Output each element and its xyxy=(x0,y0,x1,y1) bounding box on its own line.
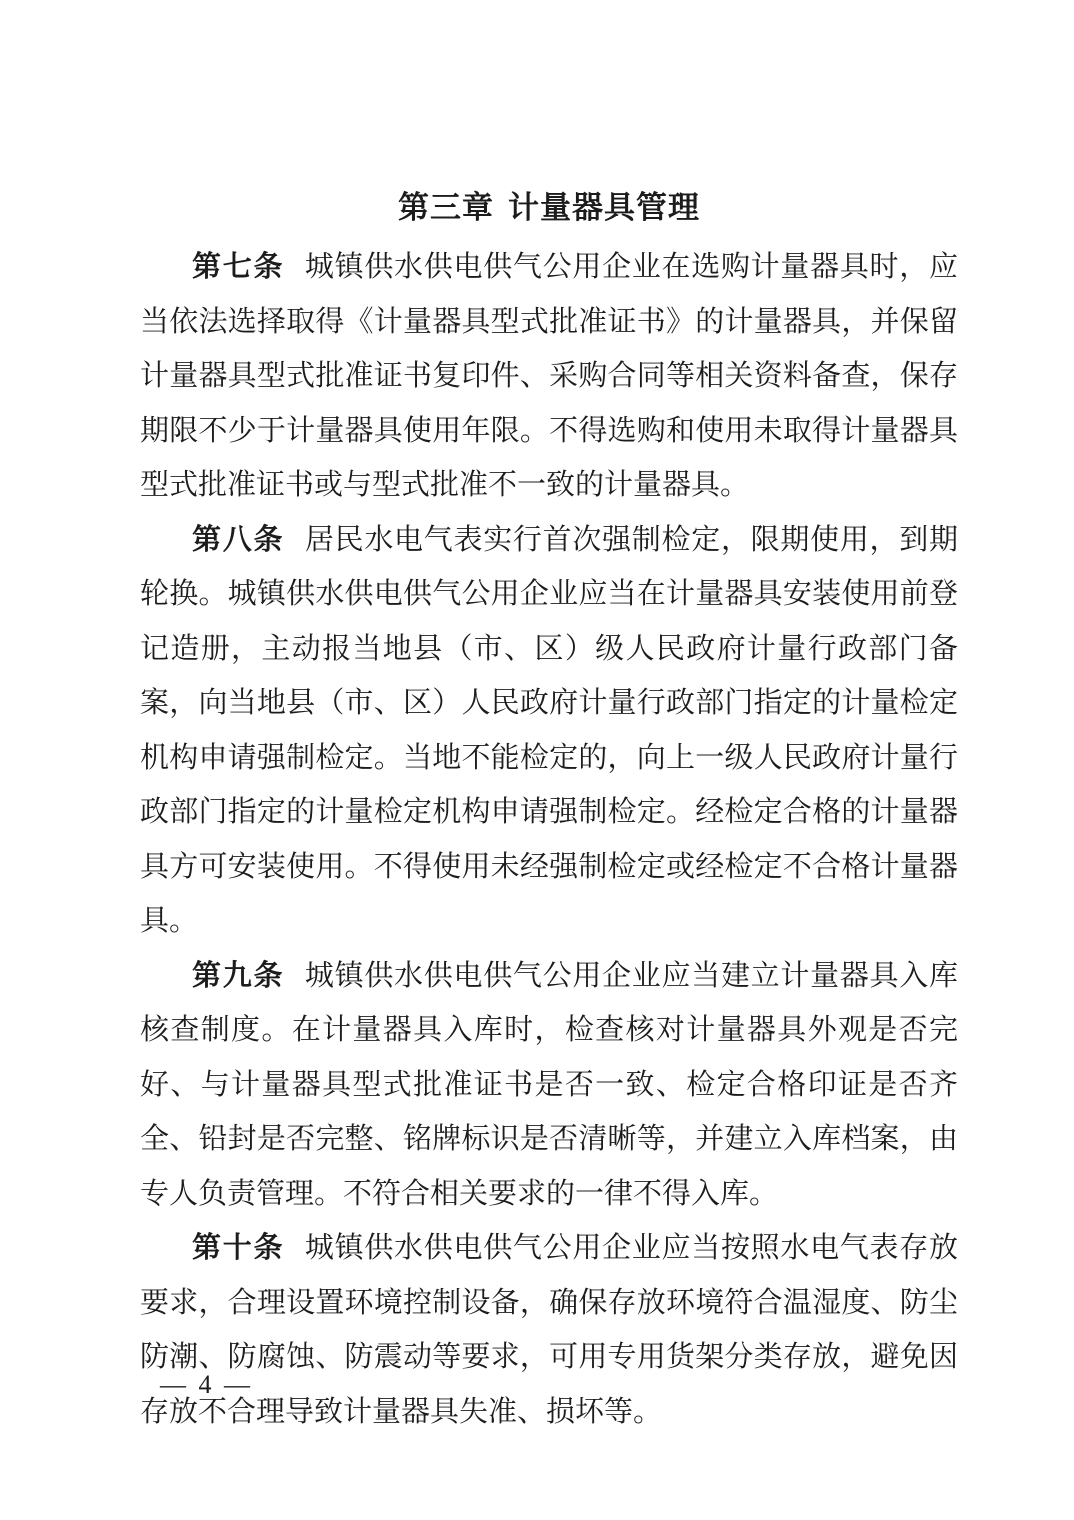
article-text: 城镇供水供电供气公用企业应当建立计量器具入库核查制度。在计量器具入库时，检查核对… xyxy=(140,960,958,1210)
document-page: 第三章计量器具管理 第七条城镇供水供电供气公用企业在选购计量器具时，应当依法选择… xyxy=(0,0,1074,1520)
article-number: 第十条 xyxy=(192,1232,284,1264)
article-number: 第七条 xyxy=(192,251,284,283)
article-number: 第九条 xyxy=(192,960,284,992)
article-text: 城镇供水供电供气公用企业在选购计量器具时，应当依法选择取得《计量器具型式批准证书… xyxy=(140,251,958,501)
article-paragraph-8: 第八条居民水电气表实行首次强制检定，限期使用，到期轮换。城镇供水供电供气公用企业… xyxy=(140,513,958,949)
chapter-heading: 第三章计量器具管理 xyxy=(140,186,958,230)
page-content: 第三章计量器具管理 第七条城镇供水供电供气公用企业在选购计量器具时，应当依法选择… xyxy=(140,186,958,1439)
chapter-number: 第三章 xyxy=(398,190,494,225)
article-paragraph-7: 第七条城镇供水供电供气公用企业在选购计量器具时，应当依法选择取得《计量器具型式批… xyxy=(140,240,958,513)
article-paragraph-10: 第十条城镇供水供电供气公用企业应当按照水电气表存放要求，合理设置环境控制设备，确… xyxy=(140,1221,958,1439)
article-number: 第八条 xyxy=(192,524,284,556)
article-text: 居民水电气表实行首次强制检定，限期使用，到期轮换。城镇供水供电供气公用企业应当在… xyxy=(140,524,958,938)
article-paragraph-9: 第九条城镇供水供电供气公用企业应当建立计量器具入库核查制度。在计量器具入库时，检… xyxy=(140,949,958,1222)
chapter-title: 计量器具管理 xyxy=(508,190,700,225)
page-number: — 4 — xyxy=(160,1370,253,1400)
